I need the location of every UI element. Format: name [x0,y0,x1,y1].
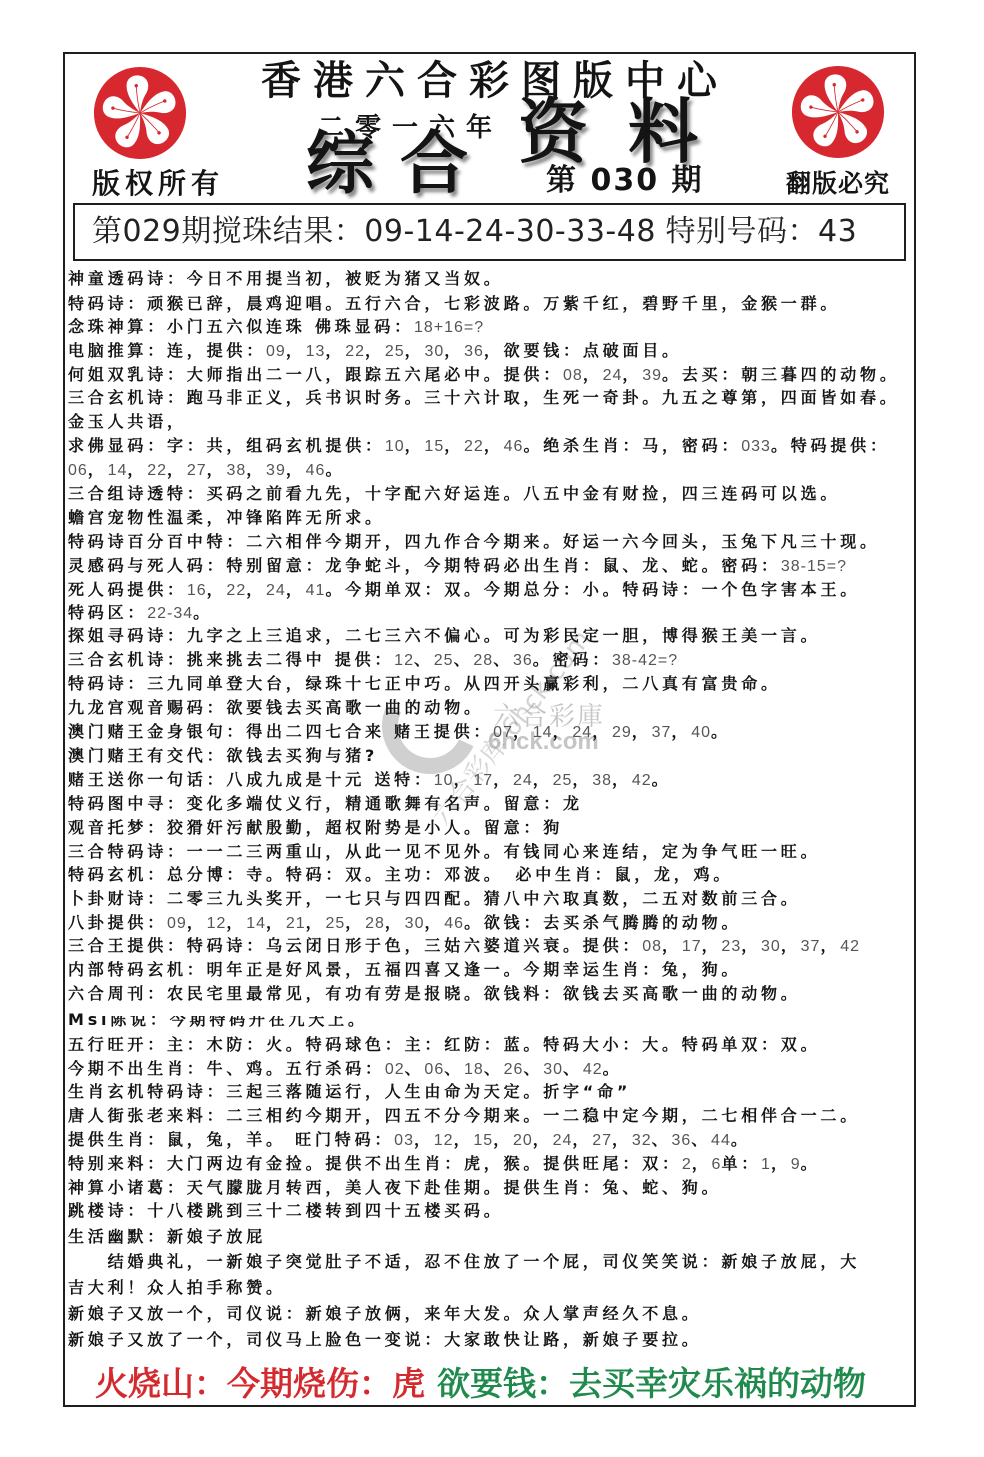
number-run: 9 [791,1156,801,1173]
number-run: 24 [572,724,592,741]
text-line: 特码玄机：总分博：寺。特码：双。主功：邓波。 必中生肖：鼠，龙，鸡。 [68,864,733,886]
number-run: 03 [394,1132,414,1149]
number-run: 1 [761,1156,771,1173]
text-line: 特码诗：三九同单登大台，绿珠十七正中巧。从四开头赢彩利，二八真有富贵命。 [68,673,781,695]
text-line: 八卦提供：09，12，14，21，25，28，30，46。欲钱：去买杀气腾腾的动… [68,912,741,934]
text-line: 三合王提供：特码诗：乌云闭日形于色，三姑六婆道兴衰。提供：08，17，23，30… [68,935,860,957]
number-run: 41 [306,582,326,599]
humor-text-line: 吉大利！众人拍手称赞。 [68,1277,286,1299]
humor-text-line: 新娘子又放一个，司仪说：新娘子放俩，来年大发。众人掌声经久不息。 [68,1303,702,1325]
number-run: 25 [385,343,405,360]
text-line: 特码诗百分百中特：二六相伴今期开，四九作合今期来。好运一六今回头，玉兔下凡三十现… [68,531,880,553]
number-run: 20 [513,1132,533,1149]
text-line: 何姐双乳诗：大师指出二一八，跟踪五六尾必中。提供：08，24，39。去买：朝三暮… [68,364,900,386]
text-line: 神算小诸葛：天气朦胧月转西，美人夜下赴佳期。提供生肖：兔、蛇、狗。 [68,1177,721,1199]
number-run: 24 [603,367,623,384]
number-run: 13 [306,343,326,360]
number-run: 44 [711,1132,731,1149]
number-run: 36 [464,343,484,360]
number-run: 25 [325,915,345,932]
number-run: 07 [493,724,513,741]
text-line: 三合特码诗：一一二三两重山，从此一见不见外。有钱同心来连结，定为争气旺一旺。 [68,841,820,863]
text-line: 三合组诗透特：买码之前看九先，十字配六好运连。八五中金有财捡，四三连码可以选。 [68,483,840,505]
number-run: 25 [553,772,573,789]
number-run: 32 [632,1132,652,1149]
text-line: 三合玄机诗：跑马非正义，兵书识时务。三十六计取，生死一奇卦。九五之尊第，四面皆如… [68,387,900,409]
number-run: 37 [801,938,821,955]
number-run: 23 [721,938,741,955]
text-line: 蟾宫宠物性温柔，冲锋陷阵无所求。 [68,507,385,529]
number-run: 033 [741,438,771,455]
number-run: 17 [473,772,493,789]
number-run: 46 [504,438,524,455]
number-run: 08 [642,938,662,955]
number-run: 10 [385,438,405,455]
text-line: 三合玄机诗：挑来挑去二得中 提供：12、25、28、36。密码：38-42=? [68,649,678,671]
draw-result-numbers: 09-14-24-30-33-48 [364,214,656,249]
bauhinia-emblem-icon [791,65,885,159]
number-run: 24 [513,772,533,789]
text-line: 提供生肖：鼠，兔，羊。 旺门特码：03，12，15，20，24，27，32、36… [68,1129,751,1151]
number-run: 24 [266,582,286,599]
text-line: 澳门赌王金身银句：得出二四七合来 赌王提供：07，14，24，29，37，40。 [68,721,731,743]
number-run: 06 [424,1061,444,1078]
number-run: 6 [712,1156,722,1173]
text-line: 求佛显码：字：共，组码玄机提供：10，15，22，46。绝杀生肖：马，密码：03… [68,435,890,457]
number-run: 46 [444,915,464,932]
text-line: 特别来料：大门两边有金捡。提供不出生肖：虎，猴。提供旺尾：双：2，6单：1，9。 [68,1153,820,1175]
number-run: 30 [761,938,781,955]
footer-red-text: 火烧山：今期烧伤：虎 [95,1364,425,1403]
number-run: 15 [473,1132,493,1149]
number-run: 26 [504,1061,524,1078]
copyright-caption: 版权所有 [92,167,224,201]
number-run: 16 [187,582,207,599]
number-run: 37 [652,724,672,741]
number-run: 02 [385,1061,405,1078]
humor-text-line: 新娘子又放了一个，司仪马上脸色一变说：大家敢快让路，新娘子要拉。 [68,1329,702,1351]
number-run: 17 [682,938,702,955]
text-line: 特码区：22-34。 [68,602,213,624]
number-run: 22-34 [147,605,193,622]
big-title-left: 综合 [306,126,494,204]
text-line: 九龙宫观音赐码：欲要钱去买高歌一曲的动物。 [68,697,484,719]
number-run: 14 [246,915,266,932]
footer-banner: 火烧山：今期烧伤：虎欲要钱：去买幸灾乐祸的动物 [95,1364,866,1404]
number-run: 09 [266,343,286,360]
text-line: 今期不出生肖：牛、鸡。五行杀码：02、06、18、26、30、42。 [68,1058,622,1080]
text-line: 内部特码玄机：明年正是好风景，五福四喜又逢一。今期幸运生肖：兔，狗。 [68,959,741,981]
text-line: 金玉人共语， [68,411,187,433]
number-run: 18 [464,1061,484,1078]
number-run: 30 [405,915,425,932]
text-line: 死人码提供：16，22，24，41。今期单双：双。今期总分：小。特码诗：一个色字… [68,579,860,601]
number-run: 22 [226,582,246,599]
number-run: 38 [592,772,612,789]
text-line: 卜卦财诗：二零三九头奖开，一七只与四四配。猜八中六取真数，二五对数前三合。 [68,888,801,910]
number-run: 39 [642,367,662,384]
number-run: 36 [513,652,533,669]
text-line: 神童透码诗：今日不用提当初，被贬为猪又当奴。 [68,268,504,290]
number-run: 38-42=? [612,652,678,669]
number-run: 38 [226,462,246,479]
number-run: 21 [286,915,306,932]
humor-title: 生活幽默：新娘子放屁 [68,1226,266,1248]
number-run: 29 [612,724,632,741]
text-line: 澳门赌王有交代：欲钱去买狗与猪? [68,745,378,767]
number-run: 10 [434,772,454,789]
number-run: 27 [187,462,207,479]
number-run: 15 [424,438,444,455]
number-run: 28 [473,652,493,669]
special-number: 43 [818,214,857,249]
text-line: 特码图中寻：变化多端仗义行，精通歌舞有名声。留意：龙 [68,793,583,815]
issue-number: 第 030 期 [546,163,704,199]
number-run: 22 [147,462,167,479]
text-line: 唐人街张老来料：二三相约今期开，四五不分今期来。一二稳中定今期，二七相伴合一二。 [68,1105,860,1127]
special-number-label: 特别号码： [665,214,818,249]
bauhinia-emblem-icon [93,66,187,160]
number-run: 12 [394,652,414,669]
number-run: 42 [583,1061,603,1078]
number-run: 12 [434,1132,454,1149]
number-run: 28 [365,915,385,932]
clipped-line-overlay [96,1008,426,1016]
number-run: 27 [592,1132,612,1149]
text-line: 特码诗：顽猴已辞，晨鸡迎唱。五行六合，七彩波路。万紫千红，碧野千里，金猴一群。 [68,293,840,315]
number-run: 46 [306,462,326,479]
number-run: 12 [207,915,227,932]
number-run: 09 [167,915,187,932]
number-run: 36 [671,1132,691,1149]
text-line: 探姐寻码诗：九字之上三追求，二七三六不偏心。可为彩民定一胆，博得猴王美一言。 [68,625,820,647]
number-run: 22 [345,343,365,360]
text-line: 电脑推算：连，提供：09，13，22，25，30，36，欲要钱：点破面目。 [68,340,682,362]
number-run: 25 [434,652,454,669]
text-line: 赌王送你一句话：八成九成是十元 送特：10，17，24，25，38，42。 [68,769,671,791]
number-run: 30 [424,343,444,360]
number-run: 14 [108,462,128,479]
number-run: 24 [553,1132,573,1149]
text-line: 跳楼诗：十八楼跳到三十二楼转到四十五楼买码。 [68,1200,504,1222]
humor-text-line: 结婚典礼，一新娘子突觉肚子不适，忍不住放了一个屁，司仪笑笑说：新娘子放屁，大 [68,1251,860,1273]
number-run: 2 [682,1156,692,1173]
footer-green-text: 欲要钱：去买幸灾乐祸的动物 [437,1364,866,1403]
text-line: 五行旺开：主：木防：火。特码球色：主：红防：蓝。特码大小：大。特码单双：双。 [68,1034,820,1056]
text-line: 念珠神算：小门五六似连珠 佛珠显码：18+16=? [68,316,484,338]
text-line: 灵感码与死人码：特别留意：龙争蛇斗，今期特码必出生肖：鼠、龙、蛇。密码：38-1… [68,555,847,577]
text-line: 六合周刊：农民宅里最常见，有功有劳是报晓。欲钱料：欲钱去买高歌一曲的动物。 [68,983,801,1005]
draw-result-label: 第029期搅珠结果： [92,214,364,249]
number-run: 40 [691,724,711,741]
piracy-warning-caption: 翻版必究 [786,168,890,200]
number-run: 18+16=? [414,319,484,336]
number-run: 08 [563,367,583,384]
text-line: 06，14，22，27，38，39，46。 [68,459,345,481]
text-line: 观音托梦：狡猾奸污献殷勤，超权附势是小人。留意：狗 [68,817,563,839]
number-run: 06 [68,462,88,479]
number-run: 14 [533,724,553,741]
big-title-right: 资料 [518,92,738,172]
number-run: 30 [543,1061,563,1078]
number-run: 42 [840,938,860,955]
number-run: 22 [464,438,484,455]
number-run: 38-15=? [781,558,847,575]
number-run: 39 [266,462,286,479]
draw-result-box: 第029期搅珠结果：09-14-24-30-33-48 特别号码：43 [73,203,906,261]
number-run: 42 [632,772,652,789]
text-line: 生肖玄机特码诗：三起三落随运行，人生由命为天定。折字“命” [68,1081,631,1103]
